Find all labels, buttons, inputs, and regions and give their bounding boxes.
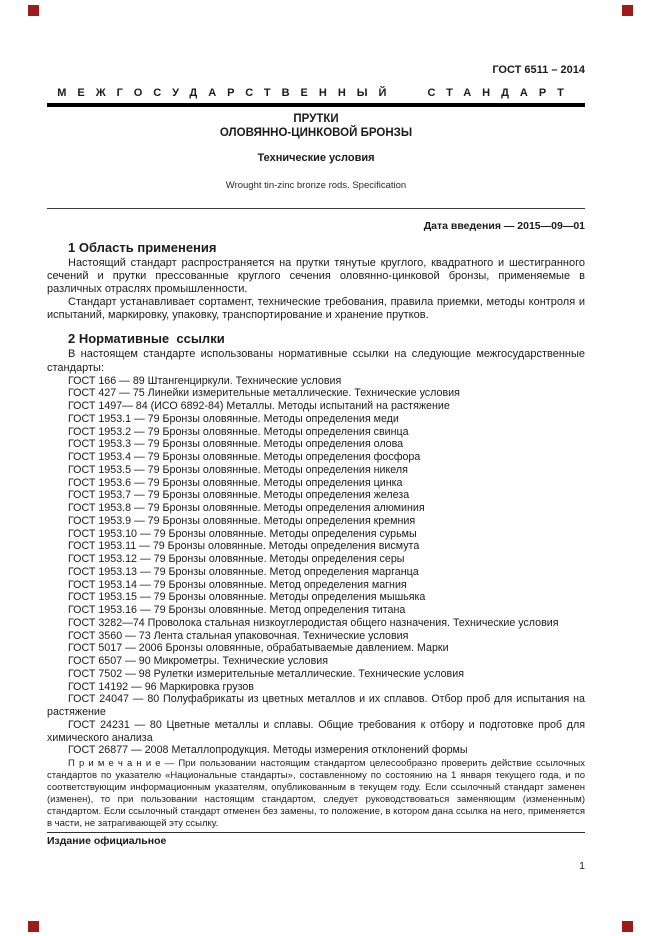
reference-item: ГОСТ 3560 — 73 Лента стальная упаковочна… bbox=[47, 630, 585, 643]
references-list: ГОСТ 166 — 89 Штангенциркули. Технически… bbox=[47, 375, 585, 758]
reference-item: ГОСТ 166 — 89 Штангенциркули. Технически… bbox=[47, 375, 585, 388]
intro-divider bbox=[47, 208, 585, 209]
introduction-date: Дата введения — 2015—09—01 bbox=[47, 220, 585, 233]
reference-item: ГОСТ 1953.13 — 79 Бронзы оловянные. Мето… bbox=[47, 566, 585, 579]
reference-item: ГОСТ 1953.14 — 79 Бронзы оловянные. Мето… bbox=[47, 579, 585, 592]
reference-item: ГОСТ 24047 — 80 Полуфабрикаты из цветных… bbox=[47, 693, 585, 719]
reference-item: ГОСТ 24231 — 80 Цветные металлы и сплавы… bbox=[47, 719, 585, 745]
corner-marker-icon bbox=[622, 5, 633, 16]
section2-intro: В настоящем стандарте использованы норма… bbox=[47, 348, 585, 374]
paragraph: Стандарт устанавливает сортамент, технич… bbox=[47, 296, 585, 322]
reference-item: ГОСТ 1953.10 — 79 Бронзы оловянные. Мето… bbox=[47, 528, 585, 541]
reference-item: ГОСТ 1953.5 — 79 Бронзы оловянные. Метод… bbox=[47, 464, 585, 477]
page-number: 1 bbox=[579, 860, 585, 873]
document-page: ГОСТ 6511 – 2014 МЕЖГОСУДАРСТВЕННЫЙ СТАН… bbox=[0, 0, 661, 936]
reference-item: ГОСТ 1953.6 — 79 Бронзы оловянные. Метод… bbox=[47, 477, 585, 490]
corner-marker-icon bbox=[622, 921, 633, 932]
page-content: ГОСТ 6511 – 2014 МЕЖГОСУДАРСТВЕННЫЙ СТАН… bbox=[47, 0, 585, 848]
reference-item: ГОСТ 1497— 84 (ИСО 6892-84) Металлы. Мет… bbox=[47, 400, 585, 413]
footer-divider bbox=[47, 832, 585, 833]
reference-item: ГОСТ 1953.3 — 79 Бронзы оловянные. Метод… bbox=[47, 438, 585, 451]
reference-item: ГОСТ 1953.2 — 79 Бронзы оловянные. Метод… bbox=[47, 426, 585, 439]
doc-subtitle: Технические условия bbox=[47, 152, 585, 165]
reference-item: ГОСТ 1953.9 — 79 Бронзы оловянные. Метод… bbox=[47, 515, 585, 528]
doc-number: ГОСТ 6511 – 2014 bbox=[47, 0, 585, 77]
doc-title-line2: ОЛОВЯННО-ЦИНКОВОЙ БРОНЗЫ bbox=[47, 127, 585, 141]
reference-item: ГОСТ 14192 — 96 Маркировка грузов bbox=[47, 681, 585, 694]
edition-note: Издание официальное bbox=[47, 835, 585, 848]
reference-item: ГОСТ 1953.1 — 79 Бронзы оловянные. Метод… bbox=[47, 413, 585, 426]
section1-body: Настоящий стандарт распространяется на п… bbox=[47, 257, 585, 322]
corner-marker-icon bbox=[28, 5, 39, 16]
doc-title-line1: ПРУТКИ bbox=[47, 113, 585, 127]
paragraph: Настоящий стандарт распространяется на п… bbox=[47, 257, 585, 296]
reference-item: ГОСТ 1953.8 — 79 Бронзы оловянные. Метод… bbox=[47, 502, 585, 515]
reference-item: ГОСТ 3282—74 Проволока стальная низкоугл… bbox=[47, 617, 585, 630]
header-divider bbox=[47, 103, 585, 107]
reference-item: ГОСТ 6507 — 90 Микрометры. Технические у… bbox=[47, 655, 585, 668]
standard-type-title: МЕЖГОСУДАРСТВЕННЫЙ СТАНДАРТ bbox=[47, 87, 585, 100]
reference-item: ГОСТ 7502 — 98 Рулетки измерительные мет… bbox=[47, 668, 585, 681]
reference-item: ГОСТ 1953.11 — 79 Бронзы оловянные. Мето… bbox=[47, 540, 585, 553]
section1-heading: 1 Область применения bbox=[47, 240, 585, 255]
reference-item: ГОСТ 5017 — 2006 Бронзы оловянные, обраб… bbox=[47, 642, 585, 655]
reference-item: ГОСТ 1953.12 — 79 Бронзы оловянные. Мето… bbox=[47, 553, 585, 566]
doc-subtitle-en: Wrought tin-zinc bronze rods. Specificat… bbox=[47, 180, 585, 192]
corner-marker-icon bbox=[28, 921, 39, 932]
section2-heading: 2 Нормативные ссылки bbox=[47, 331, 585, 346]
reference-item: ГОСТ 427 — 75 Линейки измерительные мета… bbox=[47, 387, 585, 400]
reference-item: ГОСТ 1953.7 — 79 Бронзы оловянные. Метод… bbox=[47, 489, 585, 502]
note-paragraph: П р и м е ч а н и е — При пользовании на… bbox=[47, 758, 585, 829]
doc-title: ПРУТКИ ОЛОВЯННО-ЦИНКОВОЙ БРОНЗЫ bbox=[47, 113, 585, 140]
reference-item: ГОСТ 1953.15 — 79 Бронзы оловянные. Мето… bbox=[47, 591, 585, 604]
reference-item: ГОСТ 1953.16 — 79 Бронзы оловянные. Мето… bbox=[47, 604, 585, 617]
reference-item: ГОСТ 1953.4 — 79 Бронзы оловянные. Метод… bbox=[47, 451, 585, 464]
reference-item: ГОСТ 26877 — 2008 Металлопродукция. Мето… bbox=[47, 744, 585, 757]
